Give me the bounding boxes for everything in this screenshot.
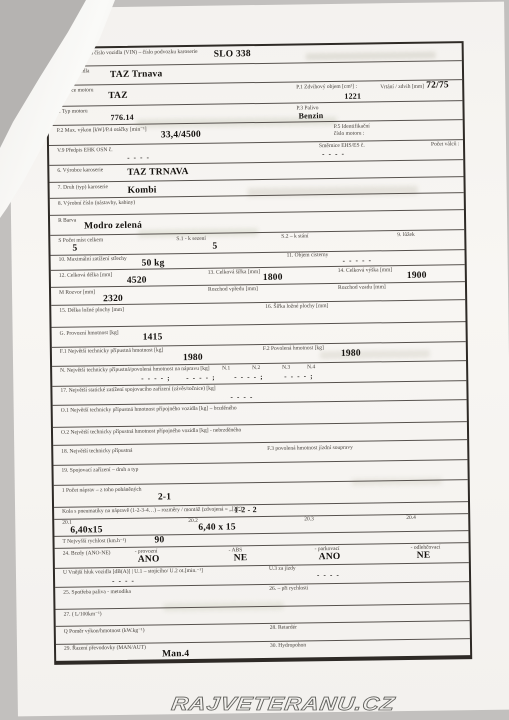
axle-n2-label: N.2 xyxy=(252,365,260,372)
noise-driving-label: U.3 za jízdy xyxy=(269,566,296,573)
tires-mounting-value: 1-2 - 2 xyxy=(234,505,257,514)
max-power-value: 33,4/4500 xyxy=(161,130,201,141)
tire-20-4-label: 20.4 xyxy=(406,515,416,522)
seats-standing-label: S.2 – k stání xyxy=(281,233,308,240)
watermark-text: RAJVETERANU.CZ xyxy=(170,693,397,715)
wheelbase-value: 2320 xyxy=(103,294,123,304)
combination-weight-label: 18. Největší technicky přípustná xyxy=(61,448,132,456)
max-power-label: P.2 Max. výkon [kW]/P.4 otáčky [min⁻¹] xyxy=(57,127,147,135)
transmission-label: 29. Řazení převodovky (MAN/AUT) xyxy=(64,645,146,653)
beds-label: 9. lůžek xyxy=(397,232,415,239)
axle-n1-value: - - - - ; xyxy=(141,374,171,382)
trailer-unbraked-label: O.2 Největší technicky přípustná hmotnos… xyxy=(61,427,241,436)
body-manufacturer-value: TAZ TRNAVA xyxy=(127,167,188,178)
axle-count-label: 1 Počet náprav – z toho poháněných xyxy=(62,487,142,495)
body-serial-label: 8. Výrobní číslo (nástavby, kabiny) xyxy=(58,200,136,208)
axle-count-value: 2-1 xyxy=(158,492,171,502)
seats-total-label: S Počet míst celkem xyxy=(58,237,103,244)
track-front-label: Rozchod vpředu [mm] xyxy=(208,286,258,293)
noise-driving-value: - - - - xyxy=(317,571,340,579)
consumption-label: 27. ( L/100km⁻¹) xyxy=(64,611,102,618)
height-value: 1900 xyxy=(407,271,427,281)
engine-type-label: 5. Typ motoru xyxy=(56,108,87,115)
noise-standing-value: - - - - xyxy=(112,577,135,585)
brake-service-value: ANO xyxy=(138,554,160,564)
bore-stroke-value: 72/75 xyxy=(426,80,449,90)
power-weight-ratio-label: Q Poměr výkon/hmotnost (kW.kg⁻¹) xyxy=(64,628,145,636)
body-type-value: Kombi xyxy=(128,185,157,195)
axle-n1-label: N.1 xyxy=(222,365,230,372)
tank-volume-label: 11. Objem cisterny xyxy=(287,252,329,259)
cylinder-count-label: Počet válců : xyxy=(431,141,460,148)
permitted-weight-value: 1980 xyxy=(341,349,361,359)
at-speed-label: 26. – při rychlosti xyxy=(269,585,308,592)
engine-manufacturer-value: TAZ xyxy=(108,91,128,101)
coupling-load-label: 17. Největší statické zatížení spojovací… xyxy=(60,386,215,395)
permitted-weight-label: F.2 Povolená hmotnost [kg] xyxy=(263,345,324,352)
engine-type-value: 776.14 xyxy=(111,113,134,122)
ehk-regulation-value: - - - - xyxy=(127,154,150,162)
ehs-directive-value: - - - - xyxy=(322,150,345,158)
brake-abs-value: NE xyxy=(234,553,248,563)
axle-n2-value: - - - - ; xyxy=(186,374,216,382)
curb-weight-label: G. Provozní hmotnost [kg] xyxy=(60,330,119,337)
brakes-label: 24. Brzdy (ANO-NE) xyxy=(63,550,111,557)
axle-n4-label: N.4 xyxy=(307,364,315,371)
tire-20-2-value: 6,40 x 15 xyxy=(198,522,236,533)
vehicle-manufacturer-value: TAZ Trnava xyxy=(110,69,163,80)
bore-stroke-label: Vrtání / zdvih [mm] xyxy=(380,84,424,91)
displacement-value: 1221 xyxy=(344,92,361,101)
bed-length-label: 15. Délka ložné plochy [mm] xyxy=(59,307,124,314)
max-weight-value: 1980 xyxy=(183,353,203,363)
seats-seating-value: 5 xyxy=(212,242,217,252)
height-label: 14. Celková výška [mm] xyxy=(338,267,392,274)
tires-mounting-label: Kola s pneumatiky na nápravě (1-2-3-4…) … xyxy=(62,506,242,515)
brake-parking-value: ANO xyxy=(319,552,341,562)
axle-n3-value: - - - - ; xyxy=(234,373,264,381)
roof-load-value: 50 kg xyxy=(142,258,165,268)
coupling-load-value: - - - - xyxy=(230,393,253,401)
max-speed-label: T Nejvyšší rychlost (km.h⁻¹) xyxy=(62,538,126,545)
axle-n4-value: - - - - ; xyxy=(284,372,314,380)
seats-total-value: 5 xyxy=(72,244,77,254)
length-label: 12. Celková délka [mm] xyxy=(59,272,113,279)
length-value: 4520 xyxy=(127,276,147,286)
ehs-directive-label: Směrnice EHS/ES č. xyxy=(319,143,365,150)
noise-standing-label: U Vnější hluk vozidla [dB(A)] | U.1 – st… xyxy=(63,568,203,577)
retarder-label: 28. Retardér xyxy=(270,625,297,632)
vehicle-certificate-table: ní číslo vozidla (VIN) – číslo podvozku … xyxy=(46,41,473,665)
curb-weight-value: 1415 xyxy=(143,332,163,342)
trailer-braked-label: O.1 Největší technicky přípustná hmotnos… xyxy=(61,405,237,414)
scanned-document: ní číslo vozidla (VIN) – číslo podvozku … xyxy=(0,0,509,720)
tire-20-3-label: 20.3 xyxy=(304,516,314,523)
width-value: 1800 xyxy=(263,273,283,283)
bed-width-label: 16. Šířka ložné plochy [mm] xyxy=(265,303,328,310)
coupling-type-label: 19. Spojovací zařízení – druh a typ xyxy=(61,467,138,475)
vin-label: ní číslo vozidla (VIN) – číslo podvozku … xyxy=(89,49,198,57)
engine-number-label: P.5 Identifikační číslo motoru : xyxy=(334,123,370,137)
fuel-consumption-method-label: 25. Spotřeba paliva - metodika xyxy=(63,589,131,597)
body-manufacturer-label: 6. Výrobce karoserie xyxy=(57,167,103,174)
tank-volume-value: - - - - - xyxy=(343,256,373,264)
seats-seating-label: S.1 - k sezení xyxy=(176,236,206,243)
vin-value: SLO 338 xyxy=(214,49,251,60)
tire-20-1-value: 6,40x15 xyxy=(70,525,102,535)
hydrodrive-label: 30. Hydropohon xyxy=(270,642,306,649)
wheelbase-label: M Rozvor [mm] xyxy=(59,289,95,296)
transmission-value: Man.4 xyxy=(162,649,189,659)
color-label: R Barva xyxy=(58,218,76,225)
body-type-label: 7. Druh (typ) karoserie xyxy=(58,184,108,191)
max-speed-value: 90 xyxy=(154,535,164,545)
ehk-regulation-label: V.9 Předpis EHK OSN č. xyxy=(57,147,113,154)
axle-n3-label: N.3 xyxy=(282,365,290,372)
max-weight-label: F.1 Největší technicky přípustná hmotnos… xyxy=(60,347,164,355)
f3-permitted-combination-label: F.3 povolená hmotnost jízdní soupravy xyxy=(267,445,353,453)
brake-endurance-value: NE xyxy=(417,551,431,561)
fuel-value: Benzin xyxy=(299,111,324,120)
displacement-label: P.1 Zdvihový objem [cm³] : xyxy=(296,84,357,91)
tire-20-2-label: 20.2 xyxy=(188,518,198,525)
paper-sheet: ní číslo vozidla (VIN) – číslo podvozku … xyxy=(8,2,509,717)
roof-load-label: 10. Maximální zatížení střechy xyxy=(59,256,127,264)
color-value: Modro zelená xyxy=(84,221,142,232)
track-rear-label: Rozchod vzadu [mm] xyxy=(338,284,386,291)
width-label: 13. Celková šířka [mm] xyxy=(208,269,260,276)
